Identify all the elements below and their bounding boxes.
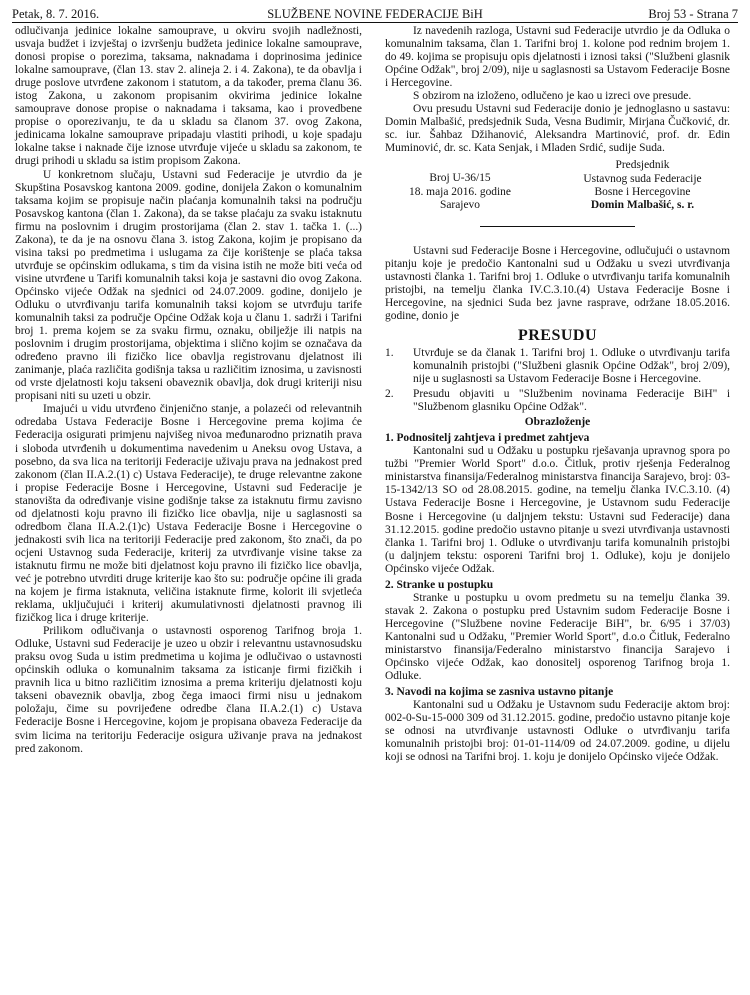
verdict-heading: PRESUDU (385, 327, 730, 345)
paragraph: Kantonalni sud u Odžaku je Ustavnom sudu… (385, 699, 730, 764)
paragraph: Ovu presudu Ustavni sud Federacije donio… (385, 103, 730, 155)
paragraph: odlučivanja jedinice lokalne samouprave,… (15, 25, 362, 169)
verdict-item: 2. Presudu objaviti u "Službenim novinam… (385, 388, 730, 414)
publication-title: SLUŽBENE NOVINE FEDERACIJE BiH (12, 7, 738, 22)
signatory-name: Domin Malbašić, s. r. (555, 199, 730, 212)
left-column: odlučivanja jedinice lokalne samouprave,… (15, 25, 362, 756)
paragraph: Imajući u vidu utvrđeno činjenično stanj… (15, 403, 362, 625)
verdict-item-number: 2. (385, 388, 413, 414)
verdict-item: 1. Utvrđuje se da članak 1. Tarifni broj… (385, 347, 730, 386)
decision-place: Sarajevo (385, 199, 535, 212)
paragraph: Iz navedenih razloga, Ustavni sud Federa… (385, 25, 730, 90)
section-heading: 1. Podnositelj zahtjeva i predmet zahtje… (385, 432, 730, 445)
paragraph: Prilikom odlučivanja o ustavnosti ospore… (15, 625, 362, 755)
verdict-item-number: 1. (385, 347, 413, 386)
signatory: Predsjednik Ustavnog suda Federacije Bos… (555, 159, 730, 211)
signatory-court: Ustavnog suda Federacije (555, 173, 730, 186)
signature-block: Broj U-36/15 18. maja 2016. godine Saraj… (385, 159, 730, 211)
gazette-page: Petak, 8. 7. 2016. SLUŽBENE NOVINE FEDER… (0, 0, 750, 995)
decision-date: 18. maja 2016. godine (385, 186, 535, 199)
signatory-title: Predsjednik (555, 159, 730, 172)
section-heading: 3. Navodi na kojima se zasniva ustavno p… (385, 686, 730, 699)
verdict-item-text: Presudu objaviti u "Službenim novinama F… (413, 388, 730, 414)
case-details: Broj U-36/15 18. maja 2016. godine Saraj… (385, 159, 535, 211)
paragraph: S obzirom na izloženo, odlučeno je kao u… (385, 90, 730, 103)
page-header: Petak, 8. 7. 2016. SLUŽBENE NOVINE FEDER… (12, 6, 738, 23)
section-divider (480, 226, 635, 227)
paragraph: Kantonalni sud u Odžaku u postupku rješa… (385, 445, 730, 575)
paragraph: U konkretnom slučaju, Ustavni sud Federa… (15, 169, 362, 404)
reasoning-heading: Obrazloženje (385, 416, 730, 429)
signatory-court-2: Bosne i Hercegovine (555, 186, 730, 199)
right-column: Iz navedenih razloga, Ustavni sud Federa… (385, 25, 730, 764)
verdict-item-text: Utvrđuje se da članak 1. Tarifni broj 1.… (413, 347, 730, 386)
section-heading: 2. Stranke u postupku (385, 579, 730, 592)
case-number: Broj U-36/15 (385, 172, 535, 185)
paragraph: Stranke u postupku u ovom predmetu su na… (385, 592, 730, 683)
paragraph: Ustavni sud Federacije Bosne i Hercegovi… (385, 245, 730, 323)
